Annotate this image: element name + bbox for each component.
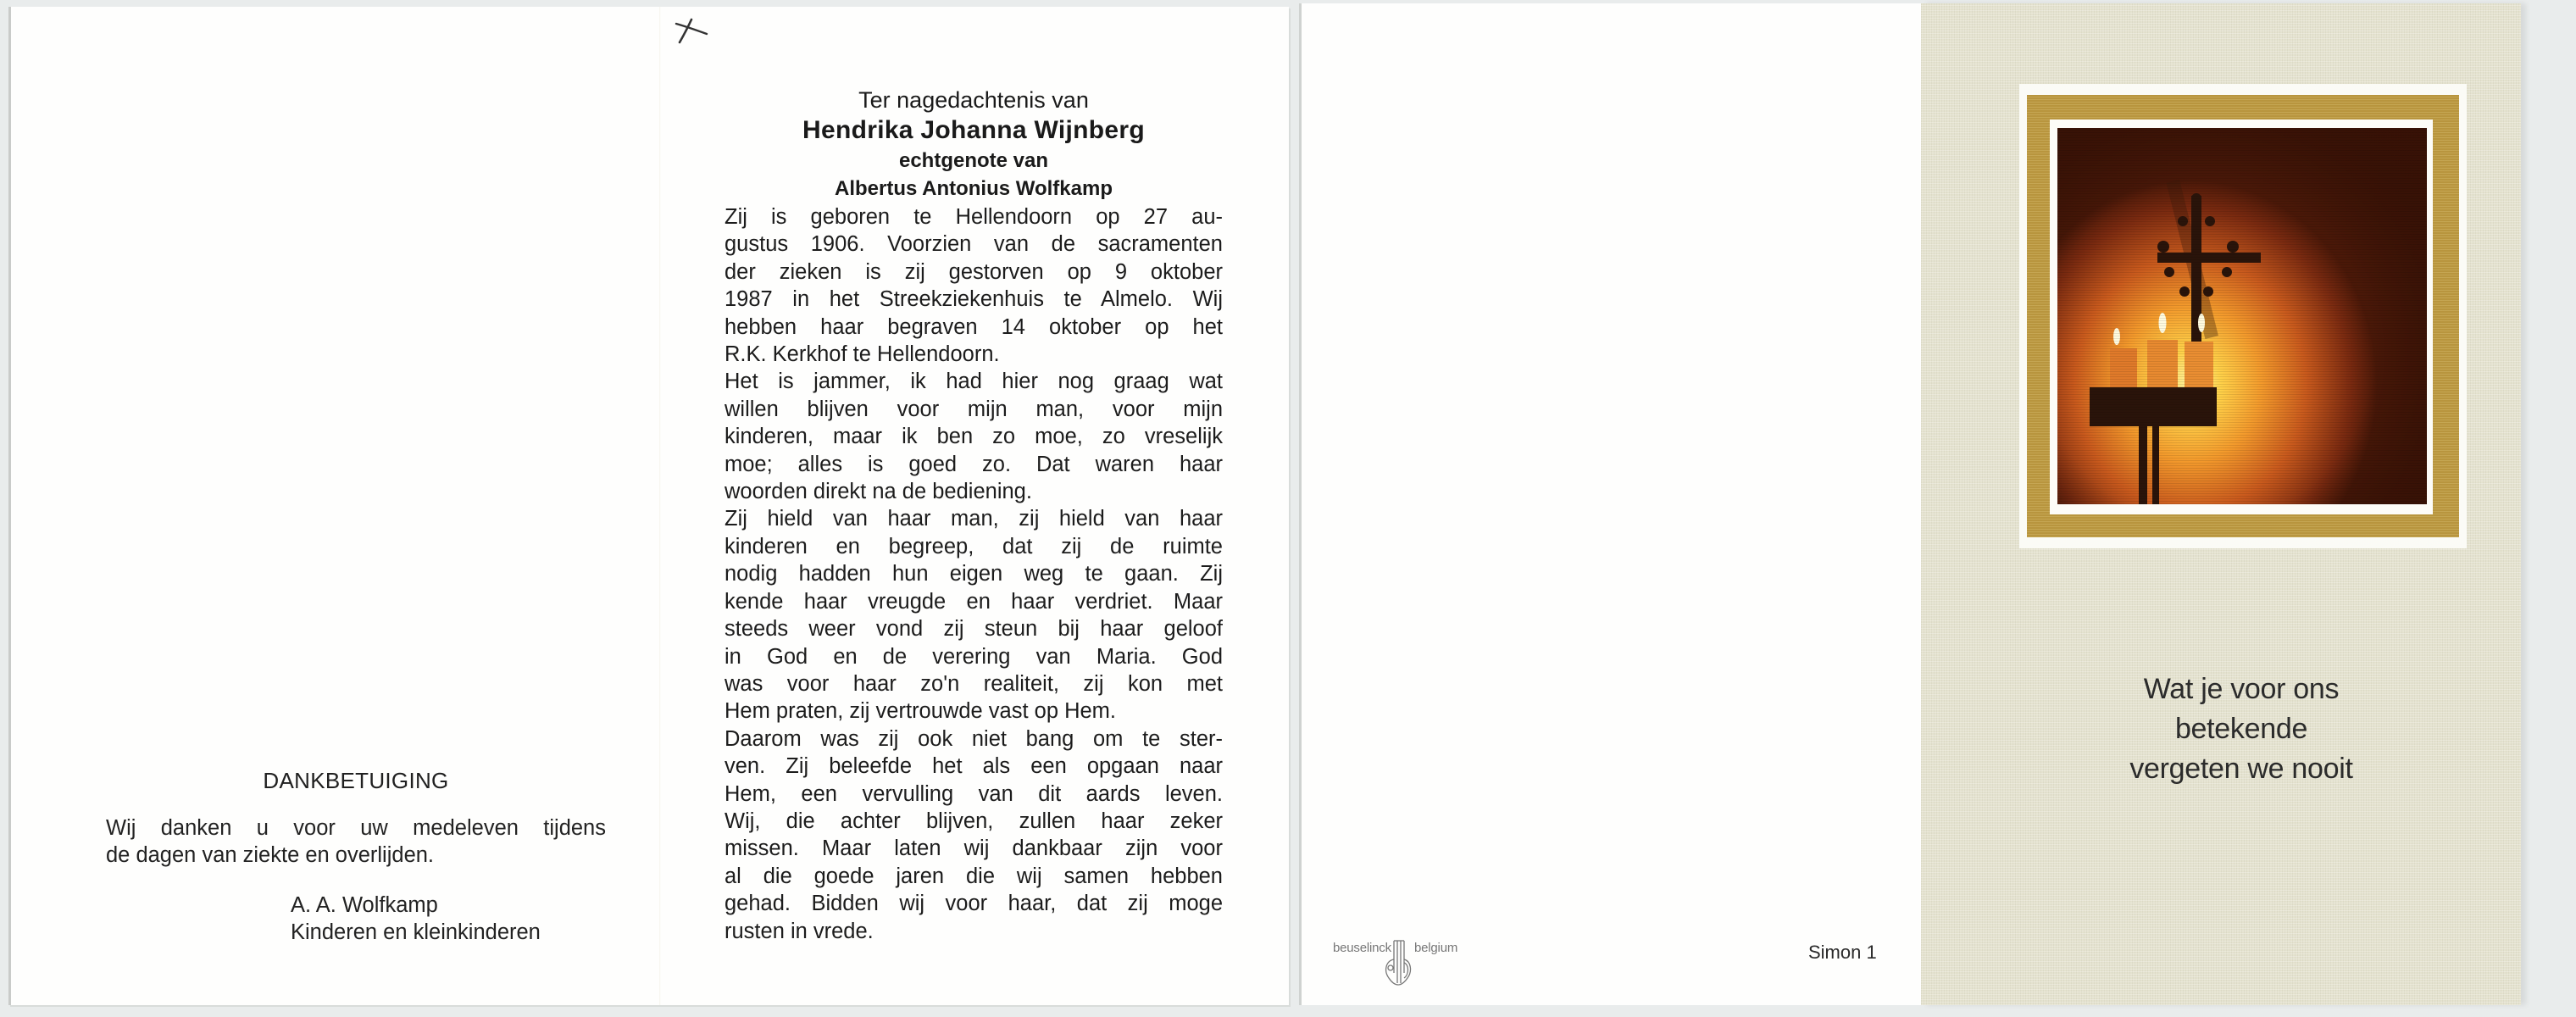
- thanks-line: de dagen van ziekte en overlijden.: [106, 842, 606, 870]
- logo-right-text: belgium: [1414, 941, 1457, 955]
- memorial-line: Hem, een vervulling van dit aards leven.: [724, 781, 1223, 808]
- signature: A. A. Wolfkamp Kinderen en kleinkinderen: [291, 892, 541, 946]
- quote-line: vergeten we nooit: [2068, 749, 2415, 789]
- signature-family: Kinderen en kleinkinderen: [291, 919, 541, 946]
- memorial-line: moe; alles is goed zo. Dat waren haar: [724, 451, 1223, 478]
- memorial-line: Wij, die achter blijven, zullen haar zek…: [724, 808, 1223, 835]
- memorial-line: gehad. Bidden wij voor haar, dat zij mog…: [724, 890, 1223, 917]
- pen-cross-icon: [669, 17, 712, 46]
- quote-line: betekende: [2068, 709, 2415, 749]
- memorial-intro: Ter nagedachtenis van: [724, 85, 1223, 115]
- memorial-line: steeds weer vond zij steun bij haar gelo…: [724, 615, 1223, 642]
- memorial-line: willen blijven voor mijn man, voor mijn: [724, 396, 1223, 423]
- photo-texture: [2057, 128, 2427, 504]
- memorial-line: woorden direkt na de bediening.: [724, 478, 1223, 505]
- model-label: Simon 1: [1808, 942, 1877, 964]
- memorial-line: missen. Maar laten wij dankbaar zijn voo…: [724, 835, 1223, 862]
- memorial-line: in God en de verering van Maria. God: [724, 643, 1223, 670]
- memorial-line: Daarom was zij ook niet bang om te ster-: [724, 725, 1223, 753]
- thanks-line: Wij danken u voor uw medeleven tijdens: [106, 815, 606, 842]
- spouse-name: Albertus Antonius Wolfkamp: [724, 176, 1223, 202]
- memorial-line: Het is jammer, ik had hier nog graag wat: [724, 368, 1223, 395]
- memorial-line: nodig hadden hun eigen weg te gaan. Zij: [724, 560, 1223, 587]
- thanks-title: DANKBETUIGING: [136, 768, 576, 794]
- fold-line: [659, 7, 661, 1005]
- logo-left-text: beuselinck: [1333, 941, 1391, 955]
- memorial-line: gustus 1906. Voorzien van de sacramenten: [724, 231, 1223, 258]
- memorial-line: Hem praten, zij vertrouwde vast op Hem.: [724, 697, 1223, 725]
- thanks-text: Wij danken u voor uw medeleven tijdens d…: [106, 815, 606, 869]
- memorial-line: hebben haar begraven 14 oktober op het: [724, 314, 1223, 341]
- memorial-line: ven. Zij beleefde het als een opgaan naa…: [724, 753, 1223, 780]
- memorial-line: al die goede jaren die wij samen hebben: [724, 863, 1223, 890]
- publisher-logo: beuselinck belgium: [1333, 939, 1460, 988]
- memorial-line: kinderen en begreep, dat zij de ruimte: [724, 533, 1223, 560]
- back-card: [1299, 3, 1924, 1005]
- memorial-line: 1987 in het Streekziekenhuis te Almelo. …: [724, 286, 1223, 313]
- memorial-line: der zieken is zij gestorven op 9 oktober: [724, 258, 1223, 286]
- deceased-name: Hendrika Johanna Wijnberg: [724, 115, 1223, 146]
- beuselinck-logo-icon: [1384, 939, 1413, 988]
- memorial-line: rusten in vrede.: [724, 918, 1223, 945]
- quote-line: Wat je voor ons: [2068, 670, 2415, 709]
- spouse-label: echtgenote van: [724, 146, 1223, 176]
- memorial-text: Ter nagedachtenis van Hendrika Johanna W…: [724, 85, 1223, 945]
- memorial-line: was voor haar zo'n realiteit, zij kon me…: [724, 670, 1223, 697]
- memorial-line: kinderen, maar ik ben zo moe, zo vreseli…: [724, 423, 1223, 450]
- memorial-line: Zij is geboren te Hellendoorn op 27 au-: [724, 203, 1223, 231]
- memorial-body: Zij is geboren te Hellendoorn op 27 au-g…: [724, 203, 1223, 945]
- candles-and-cross-photo: [2057, 128, 2427, 504]
- cover-quote: Wat je voor ons betekende vergeten we no…: [2068, 670, 2415, 789]
- memorial-line: R.K. Kerkhof te Hellendoorn.: [724, 341, 1223, 368]
- memorial-line: Zij hield van haar man, zij hield van ha…: [724, 505, 1223, 532]
- signature-name: A. A. Wolfkamp: [291, 892, 541, 919]
- memorial-line: kende haar vreugde en haar verdriet. Maa…: [724, 588, 1223, 615]
